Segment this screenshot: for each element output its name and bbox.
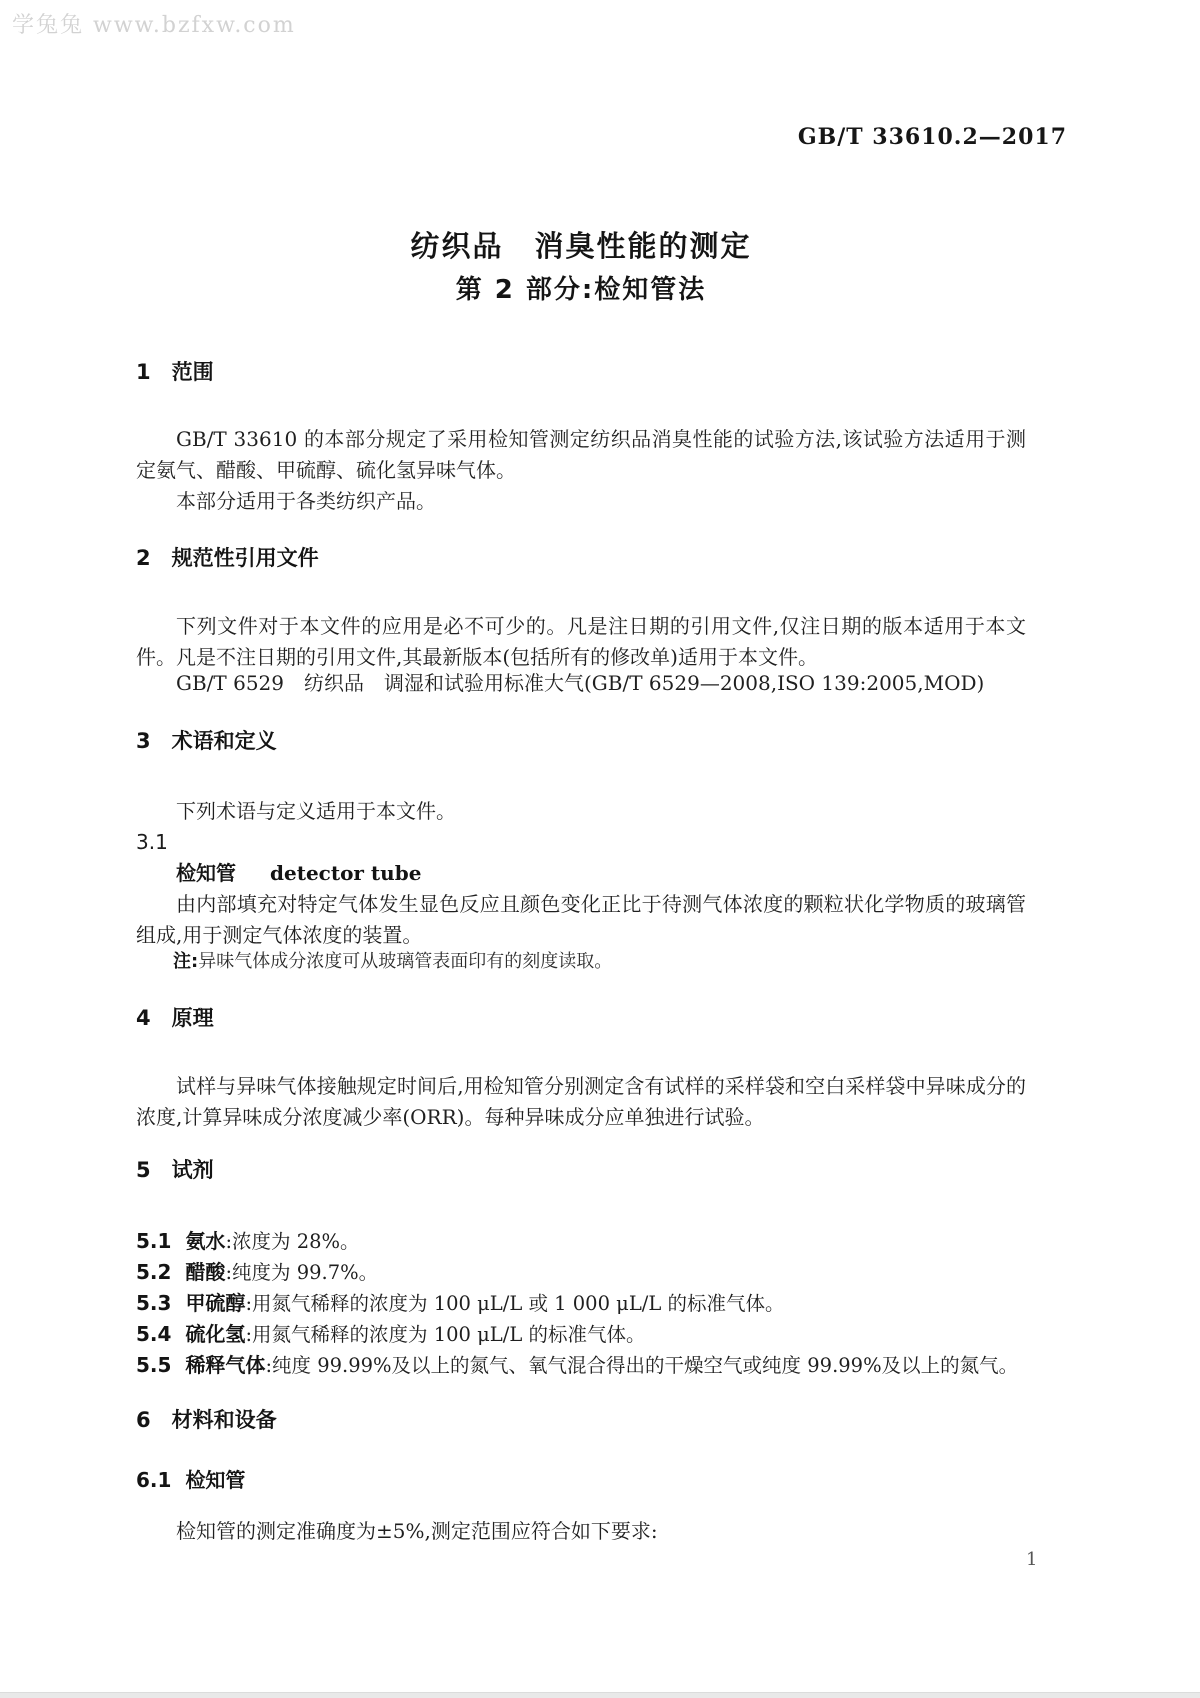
- section-3-paragraph-1: 下列术语与定义适用于本文件。: [136, 796, 1026, 827]
- section-3-number: 3: [136, 729, 151, 753]
- reagent-item-number: 5.5: [136, 1353, 171, 1377]
- section-6-title: 材料和设备: [172, 1408, 277, 1432]
- reagent-item-text: :纯度 99.99%及以上的氮气、氧气混合得出的干燥空气或纯度 99.99%及以…: [265, 1354, 1018, 1377]
- term-english: detector tube: [270, 861, 421, 885]
- reagent-item-term: 稀释气体: [185, 1353, 265, 1377]
- section-3-heading: 3术语和定义: [136, 730, 1026, 752]
- subsection-6-1-title: 检知管: [185, 1468, 245, 1492]
- clause-3-1-number: 3.1: [136, 827, 1026, 858]
- section-6-number: 6: [136, 1408, 151, 1432]
- section-2-heading: 2规范性引用文件: [136, 547, 1026, 569]
- reagent-item: 5.1氨水:浓度为 28%。: [136, 1226, 1026, 1257]
- reagent-item-text: :用氮气稀释的浓度为 100 μL/L 的标准气体。: [245, 1323, 645, 1346]
- section-5-number: 5: [136, 1158, 151, 1182]
- note-label: 注:: [173, 951, 198, 972]
- reagent-item-number: 5.2: [136, 1260, 171, 1284]
- document-body: 1范围 GB/T 33610 的本部分规定了采用检知管测定纺织品消臭性能的试验方…: [136, 0, 1026, 1547]
- term-definition-line: 检知管detector tube: [136, 858, 1026, 889]
- reagent-item: 5.4硫化氢:用氮气稀释的浓度为 100 μL/L 的标准气体。: [136, 1319, 1026, 1350]
- reagent-item-number: 5.1: [136, 1229, 171, 1253]
- section-6-heading: 6材料和设备: [136, 1409, 1026, 1431]
- page-edge-strip: [0, 1692, 1200, 1698]
- reagent-item-term: 醋酸: [185, 1260, 225, 1284]
- section-6-paragraph-1: 检知管的测定准确度为±5%,测定范围应符合如下要求:: [136, 1516, 1026, 1547]
- section-1-number: 1: [136, 360, 151, 384]
- page-number: 1: [1026, 1549, 1037, 1570]
- normative-reference: GB/T 6529 纺织品 调湿和试验用标准大气(GB/T 6529—2008,…: [136, 668, 1026, 699]
- reagent-item: 5.2醋酸:纯度为 99.7%。: [136, 1257, 1026, 1288]
- term-note: 注:异味气体成分浓度可从玻璃管表面印有的刻度读取。: [136, 949, 1026, 975]
- section-4-paragraph-1: 试样与异味气体接触规定时间后,用检知管分别测定含有试样的采样袋和空白采样袋中异味…: [136, 1071, 1026, 1133]
- reagent-item-text: :用氮气稀释的浓度为 100 μL/L 或 1 000 μL/L 的标准气体。: [245, 1292, 784, 1315]
- reagent-item-term: 甲硫醇: [185, 1291, 245, 1315]
- section-4-heading: 4原理: [136, 1007, 1026, 1029]
- section-5-heading: 5试剂: [136, 1159, 1026, 1181]
- section-3-title: 术语和定义: [172, 729, 277, 753]
- section-2-paragraph-1: 下列文件对于本文件的应用是必不可少的。凡是注日期的引用文件,仅注日期的版本适用于…: [136, 611, 1026, 673]
- reagent-item-text: :浓度为 28%。: [225, 1230, 359, 1253]
- section-2-title: 规范性引用文件: [172, 546, 319, 570]
- subsection-6-1-heading: 6.1检知管: [136, 1469, 1026, 1491]
- section-1-heading: 1范围: [136, 361, 1026, 383]
- reagent-item-term: 硫化氢: [185, 1322, 245, 1346]
- section-1-title: 范围: [172, 360, 214, 384]
- document-page: 学兔兔 www.bzfxw.com GB/T 33610.2—2017 纺织品 …: [0, 0, 1200, 1698]
- section-4-number: 4: [136, 1006, 151, 1030]
- reagent-item-text: :纯度为 99.7%。: [225, 1261, 378, 1284]
- term-chinese: 检知管: [176, 861, 236, 885]
- reagent-item: 5.3甲硫醇:用氮气稀释的浓度为 100 μL/L 或 1 000 μL/L 的…: [136, 1288, 1026, 1319]
- section-4-title: 原理: [172, 1006, 214, 1030]
- term-definition-text: 由内部填充对特定气体发生显色反应且颜色变化正比于待测气体浓度的颗粒状化学物质的玻…: [136, 889, 1026, 951]
- note-text: 异味气体成分浓度可从玻璃管表面印有的刻度读取。: [198, 951, 612, 972]
- section-1-paragraph-2: 本部分适用于各类纺织产品。: [136, 486, 1026, 517]
- reagent-item: 5.5稀释气体:纯度 99.99%及以上的氮气、氧气混合得出的干燥空气或纯度 9…: [136, 1350, 1026, 1381]
- reagent-list: 5.1氨水:浓度为 28%。 5.2醋酸:纯度为 99.7%。 5.3甲硫醇:用…: [136, 1226, 1026, 1381]
- subsection-6-1-number: 6.1: [136, 1468, 171, 1492]
- reagent-item-number: 5.4: [136, 1322, 171, 1346]
- section-1-paragraph-1: GB/T 33610 的本部分规定了采用检知管测定纺织品消臭性能的试验方法,该试…: [136, 424, 1026, 486]
- section-5-title: 试剂: [172, 1158, 214, 1182]
- section-2-number: 2: [136, 546, 151, 570]
- reagent-item-number: 5.3: [136, 1291, 171, 1315]
- reagent-item-term: 氨水: [185, 1229, 225, 1253]
